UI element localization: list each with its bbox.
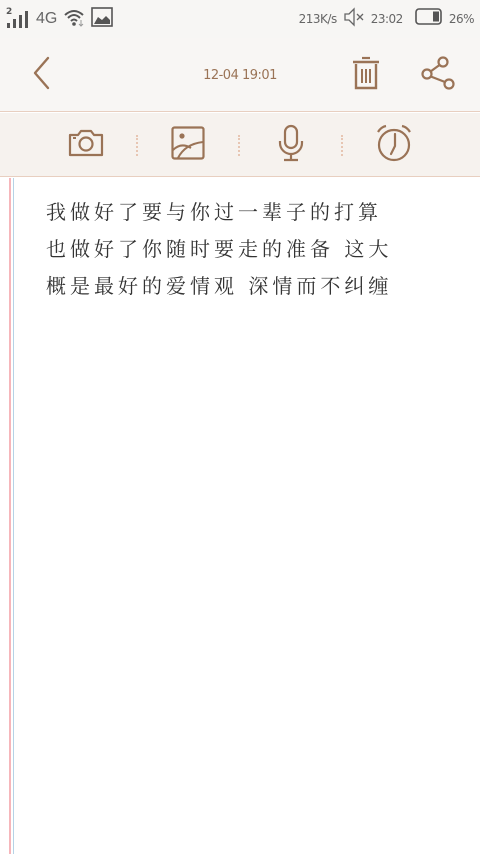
margin-line-pink — [9, 178, 11, 854]
image-button[interactable] — [163, 113, 213, 177]
note-header: 12-04 19:01 — [0, 38, 480, 112]
image-notification-icon — [91, 7, 113, 31]
signal-icon: 2 — [6, 9, 30, 29]
voice-button[interactable] — [266, 113, 316, 177]
note-line: 也做好了你随时要走的准备 这大 — [46, 231, 446, 268]
status-bar-right: 213K/s 23:02 26% — [299, 7, 474, 31]
wifi-icon — [63, 7, 85, 31]
note-line: 概是最好的爱情观 深情而不纠缠 — [46, 268, 446, 305]
delete-button[interactable] — [344, 38, 388, 112]
note-timestamp: 12-04 19:01 — [160, 38, 320, 112]
alarm-clock-icon — [375, 124, 413, 166]
camera-button[interactable] — [61, 113, 111, 177]
status-bar: 2 4G 213K/s — [0, 0, 480, 38]
toolbar-divider — [136, 135, 138, 156]
margin-line-blue — [13, 178, 14, 854]
note-line: 我做好了要与你过一辈子的打算 — [46, 194, 446, 231]
network-type: 4G — [36, 10, 57, 28]
image-icon — [171, 126, 205, 164]
status-bar-left: 2 4G — [6, 7, 113, 31]
chevron-left-icon — [32, 56, 52, 94]
battery-percent: 26% — [449, 12, 474, 26]
clock: 23:02 — [371, 12, 403, 26]
share-icon — [421, 56, 455, 94]
attachment-toolbar — [0, 113, 480, 177]
trash-icon — [351, 56, 381, 94]
camera-icon — [68, 128, 104, 162]
battery-icon — [415, 8, 443, 30]
toolbar-divider — [238, 135, 240, 156]
reminder-button[interactable] — [369, 113, 419, 177]
note-body[interactable]: 我做好了要与你过一辈子的打算 也做好了你随时要走的准备 这大 概是最好的爱情观 … — [46, 194, 446, 305]
microphone-icon — [278, 124, 304, 166]
share-button[interactable] — [416, 38, 460, 112]
note-editor[interactable]: 我做好了要与你过一辈子的打算 也做好了你随时要走的准备 这大 概是最好的爱情观 … — [0, 178, 480, 854]
net-speed: 213K/s — [299, 12, 337, 26]
toolbar-divider — [341, 135, 343, 156]
back-button[interactable] — [20, 38, 64, 112]
mute-icon — [343, 7, 365, 31]
